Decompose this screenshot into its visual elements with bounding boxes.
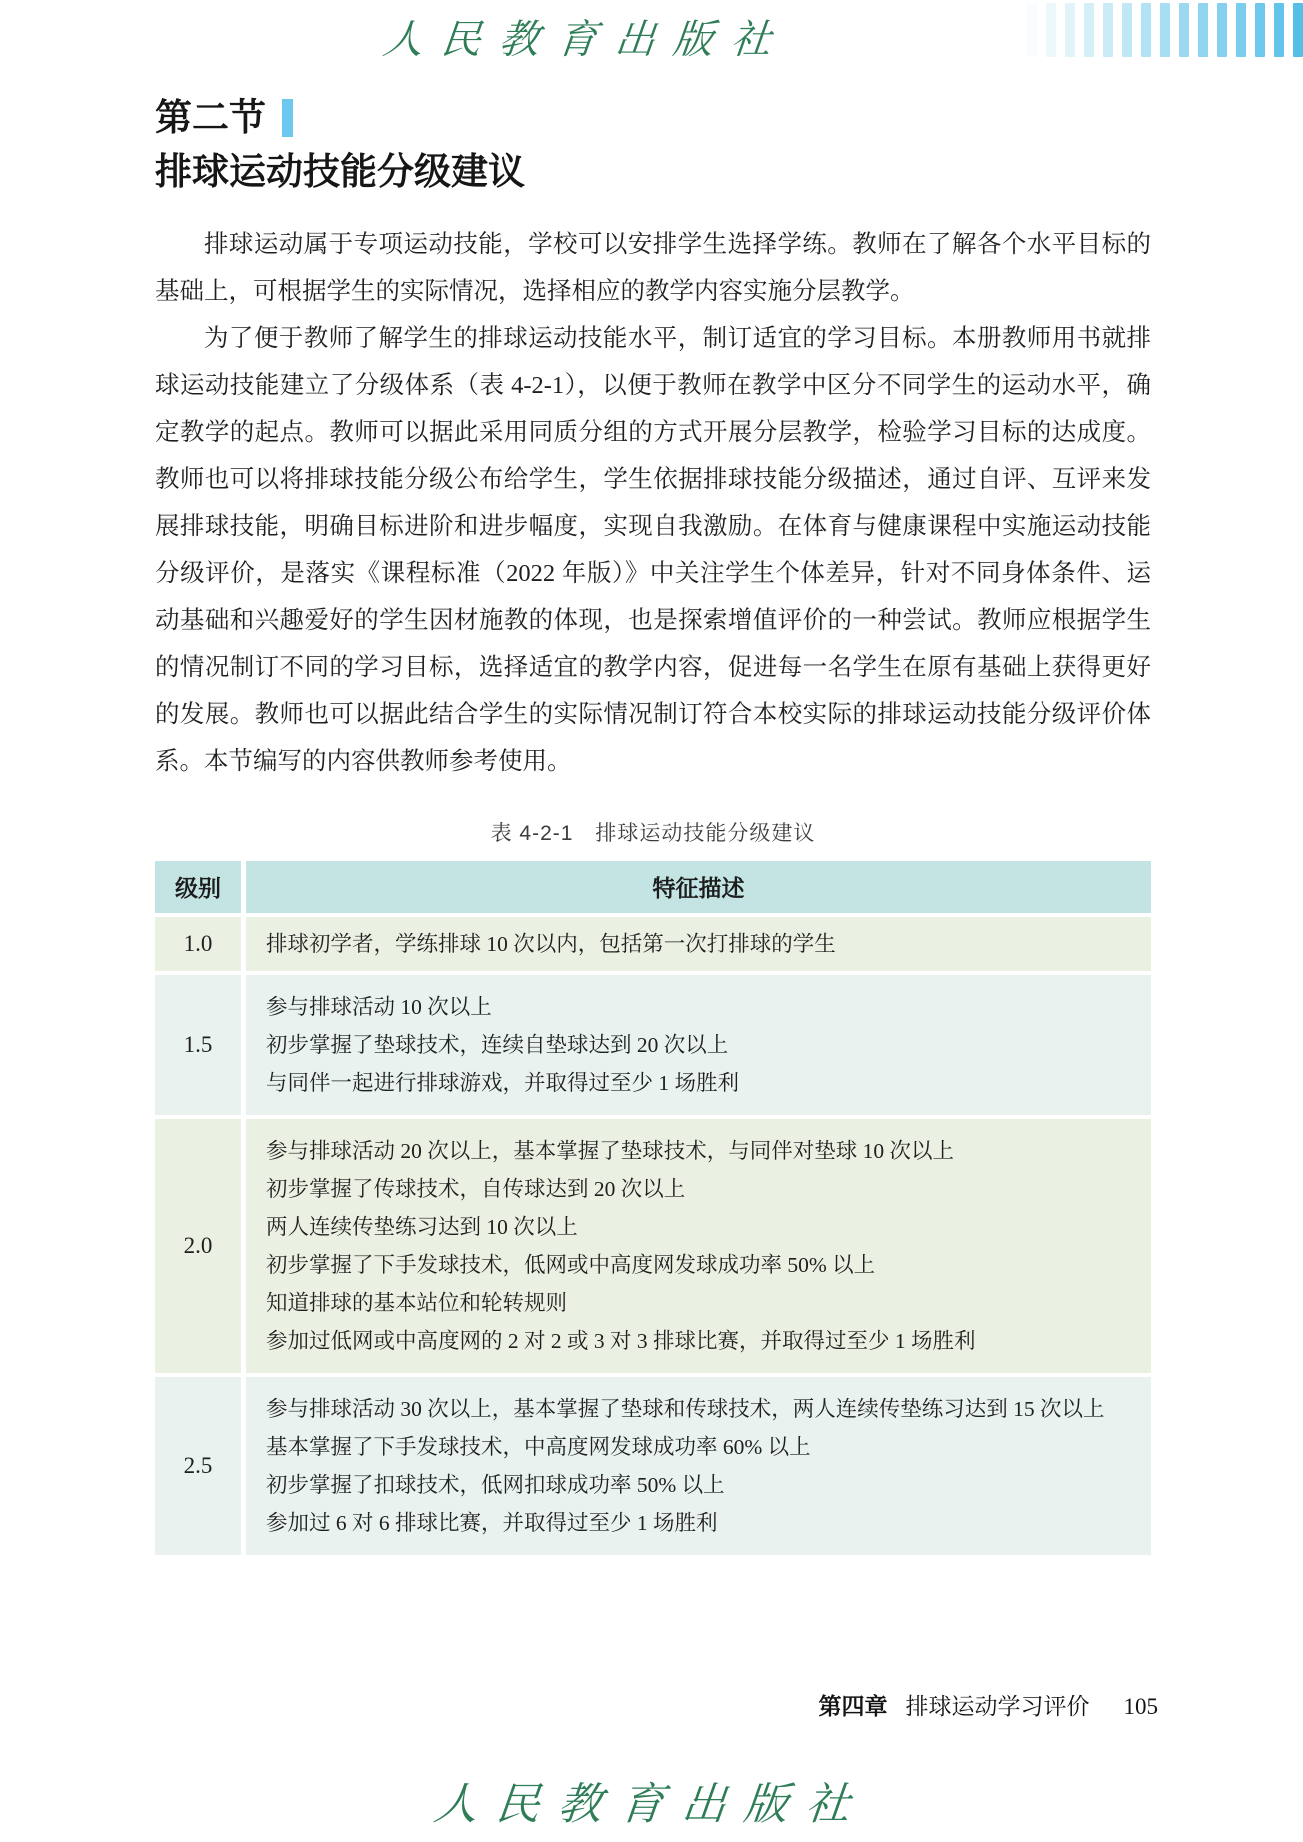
table-caption: 表 4-2-1 排球运动技能分级建议 (155, 817, 1151, 847)
level-cell: 1.0 (155, 917, 241, 971)
decor-bar (1198, 3, 1208, 57)
section-marker-bar (282, 99, 293, 137)
decor-bar (1027, 3, 1037, 57)
decor-bar (1255, 3, 1265, 57)
grade-table: 级别 特征描述 1.0排球初学者，学练排球 10 次以内，包括第一次打排球的学生… (155, 861, 1151, 1555)
decor-bar (1065, 3, 1075, 57)
description-line: 知道排球的基本站位和轮转规则 (266, 1284, 1131, 1322)
description-line: 初步掌握了传球技术，自传球达到 20 次以上 (266, 1170, 1131, 1208)
section-number: 第二节 (155, 96, 266, 140)
paragraph-1: 排球运动属于专项运动技能，学校可以安排学生选择学练。教师在了解各个水平目标的基础… (155, 221, 1151, 315)
page-content: 第二节 排球运动技能分级建议 排球运动属于专项运动技能，学校可以安排学生选择学练… (155, 96, 1151, 1555)
table-row: 2.0参与排球活动 20 次以上，基本掌握了垫球技术，与同伴对垫球 10 次以上… (155, 1119, 1151, 1373)
description-cell: 参与排球活动 20 次以上，基本掌握了垫球技术，与同伴对垫球 10 次以上初步掌… (246, 1119, 1151, 1373)
body-text: 排球运动属于专项运动技能，学校可以安排学生选择学练。教师在了解各个水平目标的基础… (155, 221, 1151, 785)
level-cell: 2.5 (155, 1377, 241, 1555)
paragraph-2: 为了便于教师了解学生的排球运动技能水平，制订适宜的学习目标。本册教师用书就排球运… (155, 315, 1151, 785)
decor-bar (1103, 3, 1113, 57)
header-decor-bars (1027, 3, 1303, 57)
description-line: 参与排球活动 10 次以上 (266, 988, 1131, 1026)
decor-bar (1122, 3, 1132, 57)
decor-bar (1236, 3, 1246, 57)
table-header-description: 特征描述 (246, 861, 1151, 913)
grade-table-body: 1.0排球初学者，学练排球 10 次以内，包括第一次打排球的学生1.5参与排球活… (155, 917, 1151, 1555)
description-line: 两人连续传垫练习达到 10 次以上 (266, 1208, 1131, 1246)
description-line: 初步掌握了下手发球技术，低网或中高度网发球成功率 50% 以上 (266, 1246, 1131, 1284)
footer-page-number: 105 (1124, 1694, 1159, 1719)
section-title: 排球运动技能分级建议 (155, 150, 1151, 194)
decor-bar (1179, 3, 1189, 57)
publisher-logo-bottom: 人民教育出版社 (0, 1768, 1303, 1832)
description-line: 参加过 6 对 6 排球比赛，并取得过至少 1 场胜利 (266, 1504, 1131, 1542)
description-line: 与同伴一起进行排球游戏，并取得过至少 1 场胜利 (266, 1064, 1131, 1102)
decor-bar (1141, 3, 1151, 57)
decor-bar (1046, 3, 1056, 57)
table-row: 1.0排球初学者，学练排球 10 次以内，包括第一次打排球的学生 (155, 917, 1151, 971)
level-cell: 1.5 (155, 975, 241, 1115)
description-line: 排球初学者，学练排球 10 次以内，包括第一次打排球的学生 (266, 925, 836, 963)
decor-bar (1084, 3, 1094, 57)
footer-chapter-label: 第四章 (819, 1693, 888, 1719)
level-cell: 2.0 (155, 1119, 241, 1373)
description-cell: 排球初学者，学练排球 10 次以内，包括第一次打排球的学生 (246, 917, 1151, 971)
description-line: 基本掌握了下手发球技术，中高度网发球成功率 60% 以上 (266, 1428, 1131, 1466)
decor-bar (1160, 3, 1170, 57)
section-header: 第二节 排球运动技能分级建议 (155, 96, 1151, 195)
decor-bar (1274, 3, 1284, 57)
page-footer: 第四章排球运动学习评价105 (819, 1688, 1159, 1721)
footer-chapter-title: 排球运动学习评价 (906, 1694, 1090, 1719)
description-line: 参与排球活动 20 次以上，基本掌握了垫球技术，与同伴对垫球 10 次以上 (266, 1132, 1131, 1170)
table-header-row: 级别 特征描述 (155, 861, 1151, 913)
decor-bar (1217, 3, 1227, 57)
table-row: 2.5参与排球活动 30 次以上，基本掌握了垫球和传球技术，两人连续传垫练习达到… (155, 1377, 1151, 1555)
description-line: 参加过低网或中高度网的 2 对 2 或 3 对 3 排球比赛，并取得过至少 1 … (266, 1322, 1131, 1360)
decor-bar (1293, 3, 1303, 57)
table-row: 1.5参与排球活动 10 次以上初步掌握了垫球技术，连续自垫球达到 20 次以上… (155, 975, 1151, 1115)
description-line: 初步掌握了扣球技术，低网扣球成功率 50% 以上 (266, 1466, 1131, 1504)
description-line: 参与排球活动 30 次以上，基本掌握了垫球和传球技术，两人连续传垫练习达到 15… (266, 1390, 1131, 1428)
table-header-level: 级别 (155, 861, 241, 913)
description-cell: 参与排球活动 10 次以上初步掌握了垫球技术，连续自垫球达到 20 次以上与同伴… (246, 975, 1151, 1115)
description-line: 初步掌握了垫球技术，连续自垫球达到 20 次以上 (266, 1026, 1131, 1064)
textbook-page: 人民教育出版社 第二节 排球运动技能分级建议 排球运动属于专项运动技能，学校可以… (0, 0, 1303, 1842)
description-cell: 参与排球活动 30 次以上，基本掌握了垫球和传球技术，两人连续传垫练习达到 15… (246, 1377, 1151, 1555)
